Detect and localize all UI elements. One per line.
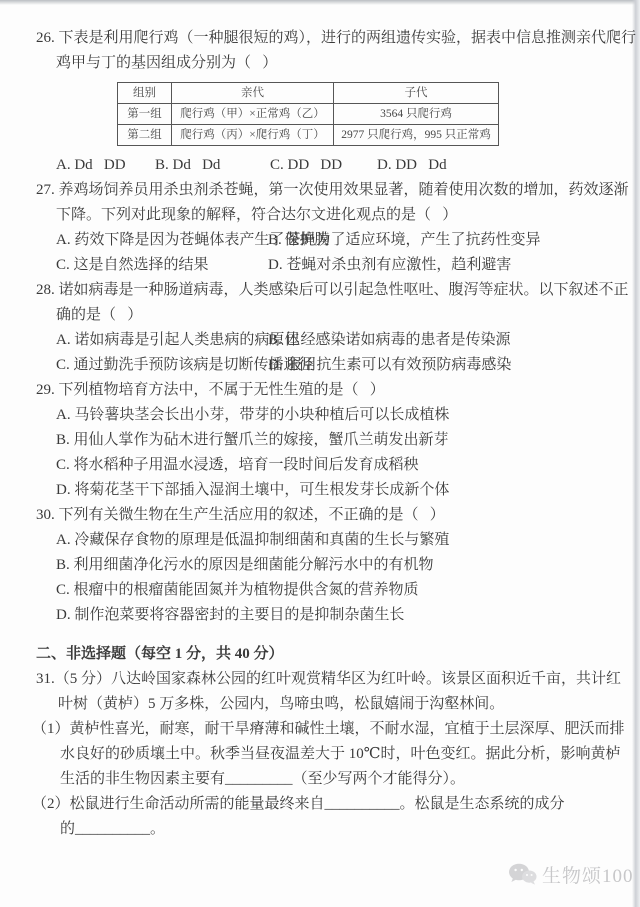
q30-option-a: A. 冷藏保存食物的原理是低温抑制细菌和真菌的生长与繁殖 (36, 528, 614, 553)
watermark: 生物颂100 (508, 860, 634, 888)
q26-option-a: A. Dd DD (56, 153, 126, 178)
q27-option-d: D. 苍蝇对杀虫剂有应激性，趋利避害 (268, 253, 511, 278)
watermark-label: 生物颂100 (542, 861, 634, 888)
table-cell-group1-parents: 爬行鸡（甲）×正常鸡（乙） (172, 104, 334, 125)
q26-option-d: D. DD Dd (377, 153, 447, 178)
q27-option-b: B. 苍蝇为了适应环境，产生了抗药性变异 (268, 228, 541, 253)
q29-option-c: C. 将水稻种子用温水浸透，培育一段时间后发育成稻秧 (36, 453, 614, 478)
q31-sub1-line-3: 生活的非生物因素主要有_________（至少写两个才能得分）。 (36, 767, 614, 792)
q30-stem-line-1: 30. 下列有关微生物在生产生活应用的叙述，不正确的是（ ） (36, 503, 614, 528)
section-2-header: 二、非选择题（每空 1 分，共 40 分） (36, 642, 614, 667)
q27-stem-line-2: 下降。下列对此现象的解释，符合达尔文进化观点的是（ ） (36, 203, 614, 228)
table-cell-group2: 第二组 (118, 125, 172, 146)
q26-option-b: B. Dd Dd (155, 153, 220, 178)
table-cell-group1: 第一组 (118, 104, 172, 125)
q30-option-d: D. 制作泡菜要将容器密封的主要目的是抑制杂菌生长 (36, 603, 614, 628)
q28-stem-line-2: 确的是（ ） (36, 303, 614, 328)
q28-option-d: D. 服用抗生素可以有效预防病毒感染 (268, 353, 511, 378)
q30-option-b: B. 利用细菌净化污水的原因是细菌能分解污水中的有机物 (36, 553, 614, 578)
q31-sub2-line-1: （2）松鼠进行生命活动所需的能量最终来自__________。松鼠是生态系统的成… (32, 792, 614, 817)
q27-options-row-cd: C. 这是自然选择的结果 D. 苍蝇对杀虫剂有应激性，趋利避害 (36, 253, 614, 278)
table-cell-group2-parents: 爬行鸡（丙）×爬行鸡（丁） (172, 125, 334, 146)
q28-option-a: A. 诺如病毒是引起人类患病的病原体 (56, 328, 299, 353)
photo-top-edge (0, 0, 640, 5)
q26-genetics-table: 组别 亲代 子代 第一组 爬行鸡（甲）×正常鸡（乙） 3564 只爬行鸡 第二组… (117, 82, 499, 146)
photo-right-edge (632, 0, 640, 907)
q29-option-b: B. 用仙人掌作为砧木进行蟹爪兰的嫁接，蟹爪兰萌发出新芽 (36, 428, 614, 453)
q26-options-row: A. Dd DD B. Dd Dd C. DD DD D. DD Dd (36, 153, 614, 178)
table-header-parents: 亲代 (172, 83, 334, 104)
q27-stem-line-1: 27. 养鸡场饲养员用杀虫剂杀苍蝇，第一次使用效果显著，随着使用次数的增加，药效… (36, 178, 614, 203)
exam-paper-page: 26. 下表是利用爬行鸡（一种腿很短的鸡），进行的两组遗传实验，据表中信息推测亲… (0, 0, 640, 907)
q31-sub1-line-1: （1）黄栌性喜光，耐寒，耐干旱瘠薄和碱性土壤，不耐水湿，宜植于土层深厚、肥沃而排 (32, 717, 614, 742)
table-header-offspring: 子代 (334, 83, 499, 104)
q31-sub2-line-2: 的__________。 (36, 817, 614, 842)
q29-option-a: A. 马铃薯块茎会长出小芽，带芽的小块种植后可以长成植株 (36, 403, 614, 428)
q30-option-c: C. 根瘤中的根瘤菌能固氮并为植物提供含氮的营养物质 (36, 578, 614, 603)
q28-option-b: B. 已经感染诺如病毒的患者是传染源 (268, 328, 511, 353)
table-header-row: 组别 亲代 子代 (118, 83, 499, 104)
q28-options-row-ab: A. 诺如病毒是引起人类患病的病原体 B. 已经感染诺如病毒的患者是传染源 (36, 328, 614, 353)
table-cell-group2-offspring: 2977 只爬行鸡，995 只正常鸡 (334, 125, 499, 146)
q31-sub1-line-2: 水良好的砂质壤土中。秋季当昼夜温差大于 10℃时，叶色变红。据此分析，影响黄栌 (36, 742, 614, 767)
q26-stem-line-2: 鸡甲与丁的基因组成分别为（ ） (36, 51, 614, 76)
q29-stem-line-1: 29. 下列植物培育方法中，不属于无性生殖的是（ ） (36, 378, 614, 403)
table-header-group: 组别 (118, 83, 172, 104)
q28-stem-line-1: 28. 诺如病毒是一种肠道病毒，人类感染后可以引起急性呕吐、腹泻等症状。以下叙述… (36, 278, 614, 303)
exam-content: 26. 下表是利用爬行鸡（一种腿很短的鸡），进行的两组遗传实验，据表中信息推测亲… (36, 26, 614, 842)
wechat-icon (508, 862, 537, 886)
q31-stem-line-2: 叶树（黄栌）5 万多株，公园内，鸟啼虫鸣，松鼠嬉闹于沟壑林间。 (36, 692, 614, 717)
q31-stem-line-1: 31.（5 分）八达岭国家森林公园的红叶观赏精华区为红叶岭。该景区面积近千亩，共… (36, 667, 614, 692)
q26-stem-line-1: 26. 下表是利用爬行鸡（一种腿很短的鸡），进行的两组遗传实验，据表中信息推测亲… (36, 26, 614, 51)
table-row: 第二组 爬行鸡（丙）×爬行鸡（丁） 2977 只爬行鸡，995 只正常鸡 (118, 125, 499, 146)
table-cell-group1-offspring: 3564 只爬行鸡 (334, 104, 499, 125)
table-row: 第一组 爬行鸡（甲）×正常鸡（乙） 3564 只爬行鸡 (118, 104, 499, 125)
q28-options-row-cd: C. 通过勤洗手预防该病是切断传播途径 D. 服用抗生素可以有效预防病毒感染 (36, 353, 614, 378)
q27-options-row-ab: A. 药效下降是因为苍蝇体表产生了保护膜 B. 苍蝇为了适应环境，产生了抗药性变… (36, 228, 614, 253)
q26-option-c: C. DD DD (270, 153, 342, 178)
q29-option-d: D. 将菊花茎干下部插入湿润土壤中，可生根发芽长成新个体 (36, 478, 614, 503)
q27-option-c: C. 这是自然选择的结果 (56, 253, 209, 278)
